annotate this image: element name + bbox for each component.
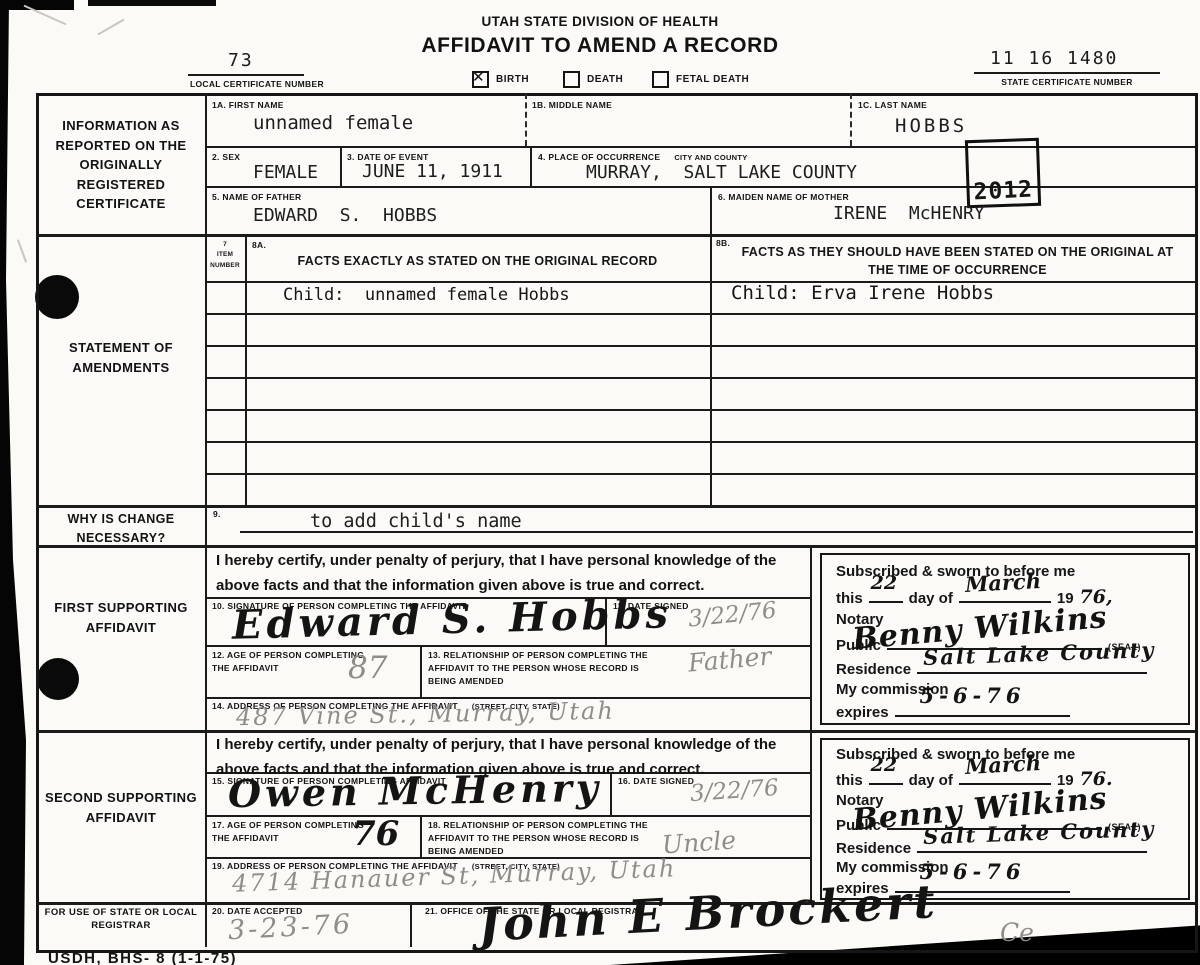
local-certificate-number: 73: [228, 50, 254, 71]
date-of-event-value: JUNE 11, 1911: [362, 161, 503, 182]
death-checkbox-icon: [563, 71, 580, 88]
scan-edge-left: [0, 0, 30, 965]
scan-edge-top2: [88, 0, 216, 6]
date-signed-label-first: 11. DATE SIGNED: [613, 601, 689, 611]
middle-name-label: 1B. MIDDLE NAME: [532, 100, 612, 110]
amendment-row: [205, 345, 1195, 379]
notary-expires-line: expires 5-6-76: [836, 702, 1070, 721]
date-accepted-value: 3-23-76: [227, 909, 354, 947]
death-checkbox: DEATH: [563, 71, 623, 88]
notary-block-first: Subscribed & sworn to before me this 22 …: [820, 553, 1190, 725]
amendment-row: [205, 473, 1195, 505]
notary-day: 22: [871, 754, 897, 776]
year-stamp: 2012: [965, 138, 1041, 209]
state-certificate-number: 11 16 1480: [990, 48, 1118, 69]
birth-checkbox-icon: [472, 71, 489, 88]
notary-expires: 5-6-76: [920, 683, 1026, 708]
form-number: USDH, BHS- 8 (1-1-75): [48, 950, 237, 965]
amendment-corrected: Child: Erva Irene Hobbs: [731, 282, 994, 304]
age-second: 76: [352, 814, 399, 854]
local-certificate-line: [188, 74, 304, 76]
col-8a-number: 8A.: [252, 240, 266, 250]
pencil-scribble: [17, 239, 27, 262]
notary-residence-line: Residence Salt Lake County: [836, 838, 1147, 857]
death-checkbox-label: DEATH: [587, 74, 623, 85]
amendment-original: Child: unnamed female Hobbs: [283, 285, 570, 305]
last-name-label: 1C. LAST NAME: [858, 100, 927, 110]
sex-value: FEMALE: [253, 162, 318, 183]
amendment-row: [205, 441, 1195, 475]
last-name-value: HOBBS: [895, 115, 967, 137]
notary-block-second: Subscribed & sworn to before me this 22 …: [820, 738, 1190, 900]
father-name-label: 5. NAME OF FATHER: [212, 192, 301, 202]
place-value: MURRAY, SALT LAKE COUNTY: [586, 162, 857, 183]
fetal-death-checkbox-icon: [652, 71, 669, 88]
section-label-original-info: INFORMATION AS REPORTED ON THE ORIGINALL…: [40, 116, 202, 214]
certification-text-first: I hereby certify, under penalty of perju…: [216, 549, 798, 599]
birth-checkbox-label: BIRTH: [496, 74, 529, 85]
why-change-value: to add child's name: [310, 511, 522, 532]
col-8b-number: 8B.: [716, 238, 730, 248]
mother-name-label: 6. MAIDEN NAME OF MOTHER: [718, 192, 849, 202]
section-label-first-affidavit: FIRST SUPPORTING AFFIDAVIT: [40, 598, 202, 637]
age-first: 87: [348, 650, 387, 686]
item-number-column-header: 7 ITEM NUMBER: [205, 240, 245, 271]
amendment-row: [205, 313, 1195, 347]
mother-name-value: IRENE McHENRY: [833, 203, 985, 224]
notary-day: 22: [871, 572, 897, 594]
first-name-label: 1A. FIRST NAME: [212, 100, 284, 110]
state-certificate-line: [974, 72, 1160, 74]
notary-residence-line: Residence Salt Lake County: [836, 659, 1147, 678]
place-label: 4. PLACE OF OCCURRENCECITY AND COUNTY: [538, 152, 748, 162]
section-label-second-affidavit: SECOND SUPPORTING AFFIDAVIT: [40, 788, 202, 827]
notary-month: March: [964, 750, 1041, 779]
relationship-label-first: 13. RELATIONSHIP OF PERSON COMPLETING TH…: [428, 649, 668, 687]
section-label-why-change: WHY IS CHANGE NECESSARY?: [40, 510, 202, 548]
scan-edge-top: [0, 0, 74, 10]
local-certificate-label: LOCAL CERTIFICATE NUMBER: [190, 79, 324, 89]
birth-checkbox: BIRTH: [472, 71, 529, 88]
sex-label: 2. SEX: [212, 152, 240, 162]
relationship-label-second: 18. RELATIONSHIP OF PERSON COMPLETING TH…: [428, 819, 668, 857]
notary-month: March: [964, 568, 1041, 597]
state-certificate-label: STATE CERTIFICATE NUMBER: [974, 77, 1160, 87]
amendment-row: [205, 409, 1195, 443]
section-label-registrar: FOR USE OF STATE OR LOCAL REGISTRAR: [40, 906, 202, 933]
why-change-number: 9.: [213, 509, 221, 519]
section-label-amendments: STATEMENT OF AMENDMENTS: [40, 338, 202, 377]
col-8b-heading: FACTS AS THEY SHOULD HAVE BEEN STATED ON…: [735, 244, 1180, 279]
affidavit-document: UTAH STATE DIVISION OF HEALTH AFFIDAVIT …: [0, 0, 1200, 965]
fetal-death-checkbox: FETAL DEATH: [652, 71, 749, 88]
col-8a-heading: FACTS EXACTLY AS STATED ON THE ORIGINAL …: [250, 253, 705, 271]
amendment-row: Child: unnamed female Hobbs Child: Erva …: [205, 281, 1195, 315]
amendment-row: [205, 377, 1195, 411]
fetal-death-checkbox-label: FETAL DEATH: [676, 74, 749, 85]
father-name-value: EDWARD S. HOBBS: [253, 205, 437, 226]
registrar-annotation: Ce: [1000, 918, 1034, 947]
date-signed-label-second: 16. DATE SIGNED: [618, 776, 694, 786]
first-name-value: unnamed female: [253, 112, 413, 134]
signature-second: Owen McHenry: [228, 765, 603, 817]
place-sublabel: CITY AND COUNTY: [674, 153, 747, 162]
